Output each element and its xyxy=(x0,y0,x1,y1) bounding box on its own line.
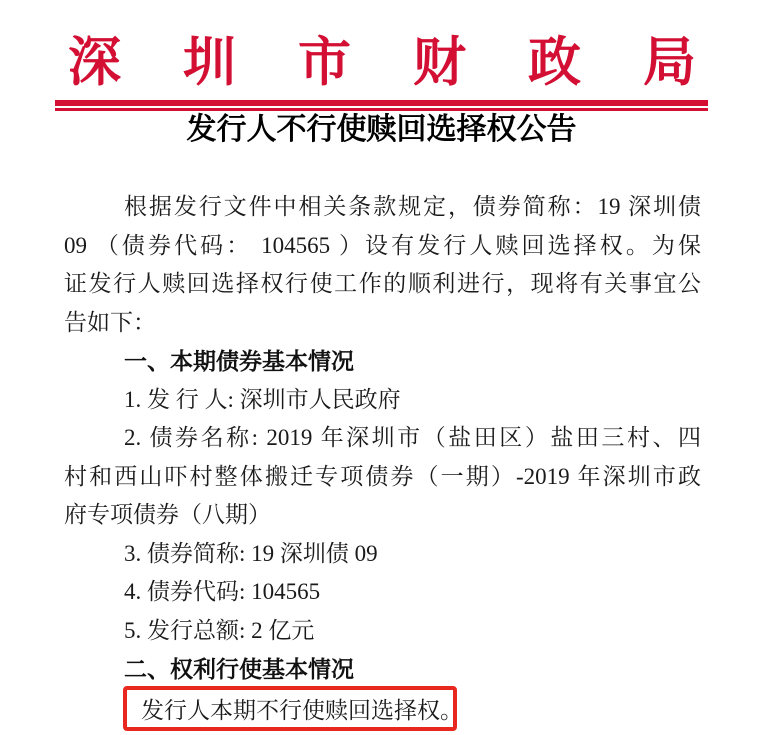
item-5-issue-amount: 5. 发行总额: 2 亿元 xyxy=(64,612,701,651)
document-body: 根据发行文件中相关条款规定，债券简称：19 深圳债 09 （债券代码： 1045… xyxy=(64,188,701,689)
agency-letterhead: 深圳市财政局 xyxy=(68,37,758,90)
item-2-bond-name-line-1: 2. 债券名称: 2019 年深圳市（盐田区）盐田三村、四 xyxy=(64,419,701,458)
intro-line-4: 告如下： xyxy=(64,304,701,343)
item-1-issuer: 1. 发 行 人: 深圳市人民政府 xyxy=(64,381,701,420)
document-title: 发行人不行使赎回选择权公告 xyxy=(0,110,763,150)
intro-line-3: 证发行人赎回选择权行使工作的顺利进行，现将有关事宜公 xyxy=(64,265,701,304)
intro-line-1: 根据发行文件中相关条款规定，债券简称：19 深圳债 xyxy=(64,188,701,227)
item-2-bond-name-line-3: 府专项债券（八期） xyxy=(64,496,701,535)
section-2-heading: 二、权利行使基本情况 xyxy=(64,650,701,689)
highlight-text: 发行人本期不行使赎回选择权。 xyxy=(141,692,463,725)
item-2-bond-name-line-2: 村和西山吓村整体搬迁专项债券（一期）-2019 年深圳市政 xyxy=(64,458,701,497)
highlight-box: 发行人本期不行使赎回选择权。 xyxy=(123,686,457,731)
item-3-bond-short-name: 3. 债券简称: 19 深圳债 09 xyxy=(64,535,701,574)
section-1-heading: 一、本期债券基本情况 xyxy=(64,342,701,381)
item-4-bond-code: 4. 债券代码: 104565 xyxy=(64,573,701,612)
document-page: 深圳市财政局 发行人不行使赎回选择权公告 根据发行文件中相关条款规定，债券简称：… xyxy=(0,0,763,735)
intro-line-2: 09 （债券代码： 104565 ）设有发行人赎回选择权。为保 xyxy=(64,227,701,266)
